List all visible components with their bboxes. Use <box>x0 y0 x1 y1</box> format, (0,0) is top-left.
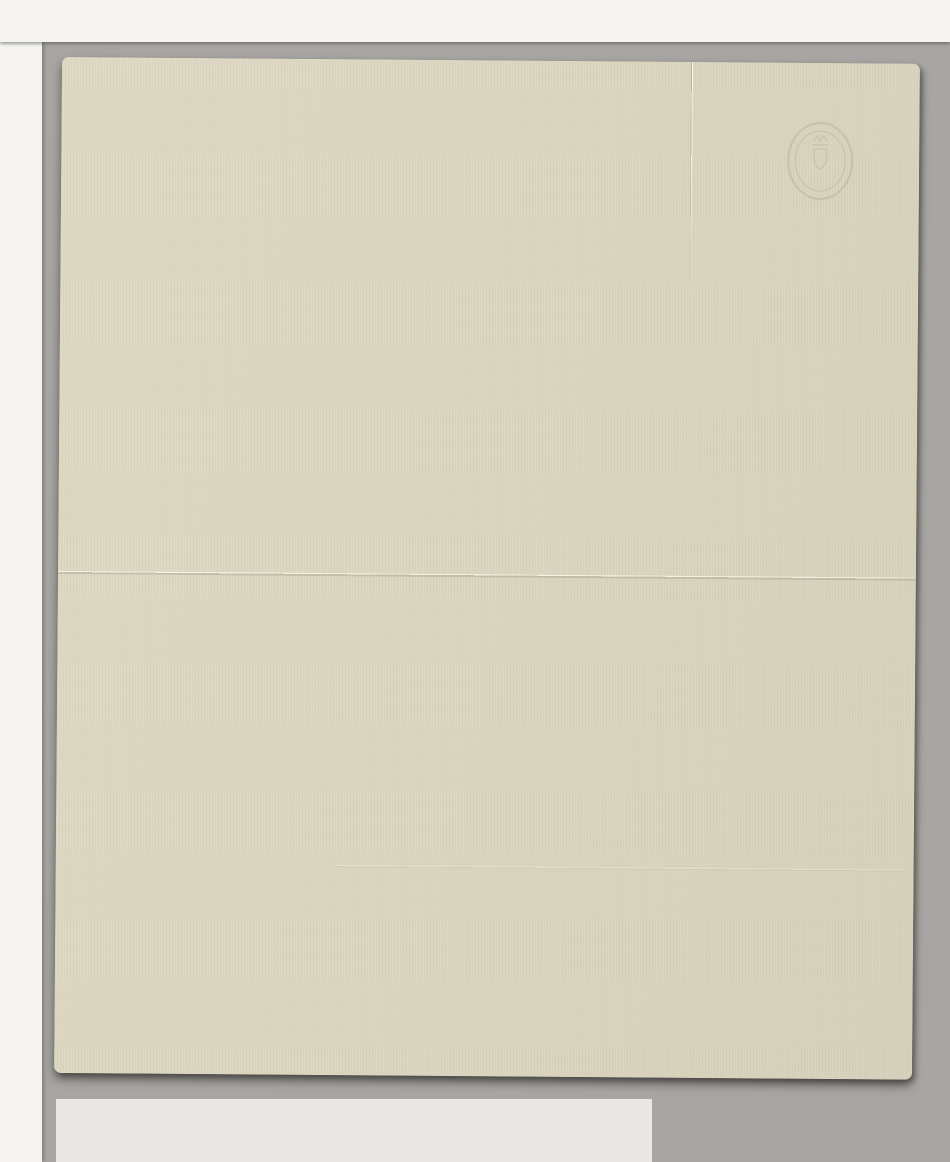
brevs-number <box>791 209 863 210</box>
brevs-shelfmark-bleedthrough <box>791 209 863 210</box>
vertical-cm-ruler <box>0 40 42 1162</box>
handwritten-letter-text <box>62 57 920 64</box>
stamp-crown-emblem-icon <box>812 136 828 169</box>
bleedthrough-mirrored-text <box>62 57 920 64</box>
brevs-label <box>791 209 863 210</box>
scanned-letter-page <box>0 0 950 1162</box>
letter-paper-sheet <box>54 57 920 1080</box>
grayscale-calibration-card <box>56 1099 652 1162</box>
horizontal-cm-ruler <box>0 0 950 42</box>
oval-library-stamp <box>783 119 858 204</box>
horizontal-fold-crease <box>58 571 916 581</box>
faint-fold-crease <box>336 865 906 871</box>
vertical-fold-crease <box>689 62 694 322</box>
